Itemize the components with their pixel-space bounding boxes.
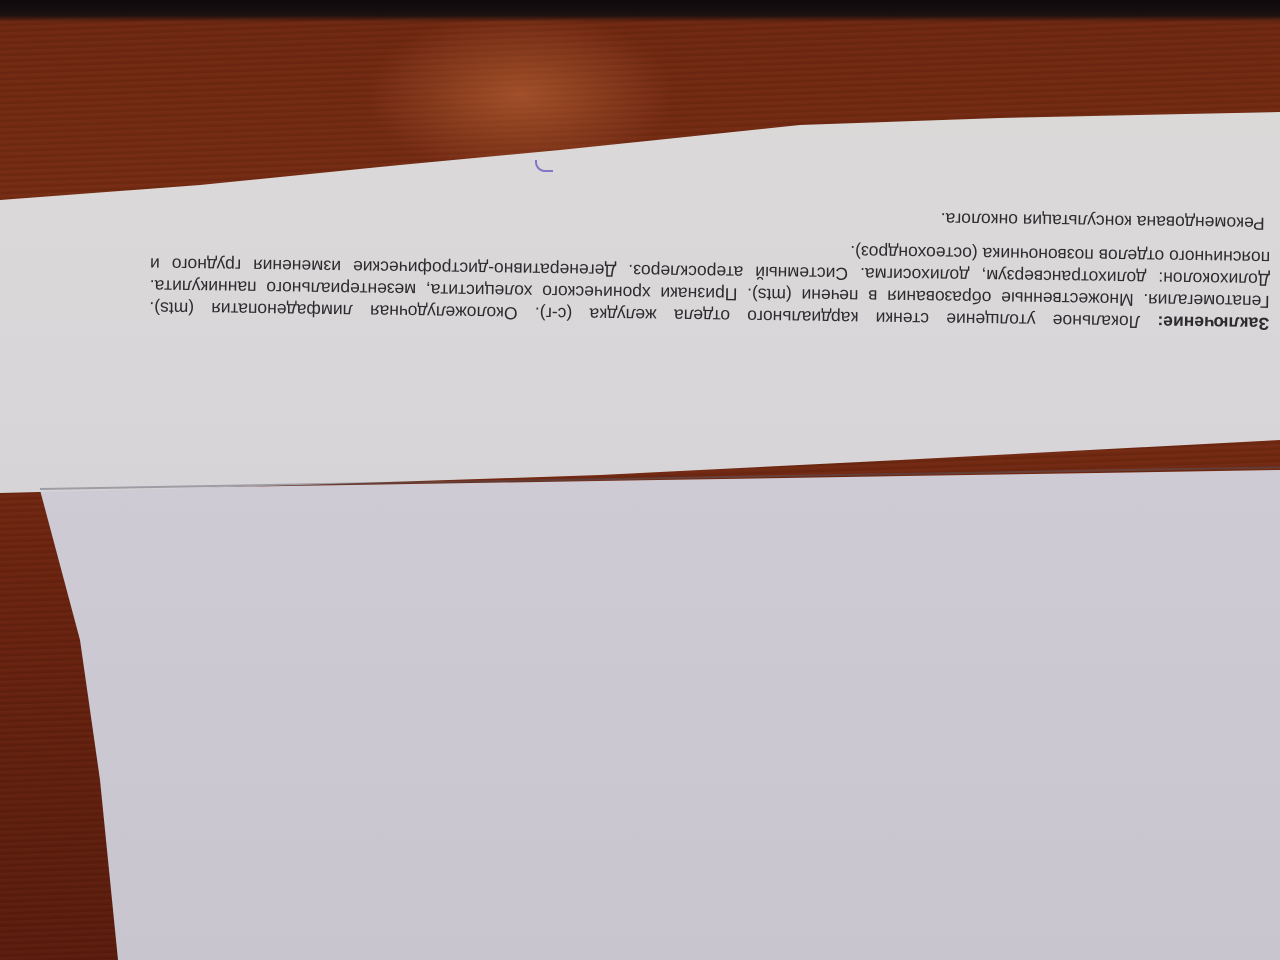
conclusion-label: Заключение: xyxy=(1157,312,1269,334)
dark-background-edge xyxy=(0,0,1280,22)
conclusion-text: Локальное утолщение стенки кардиального … xyxy=(149,242,1270,332)
conclusion-paragraph: Заключение: Локальное утолщение стенки к… xyxy=(149,231,1270,335)
report-text-upside-down: Заключение: Локальное утолщение стенки к… xyxy=(149,197,1271,335)
